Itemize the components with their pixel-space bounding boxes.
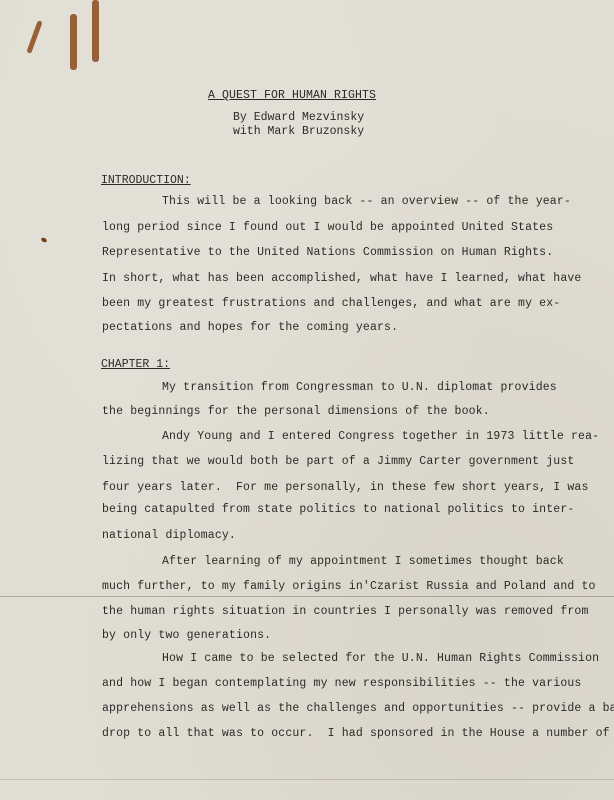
paragraph-line: been my greatest frustrations and challe… xyxy=(102,297,560,310)
byline-author: By Edward Mezvinsky xyxy=(233,111,364,124)
paragraph-line: long period since I found out I would be… xyxy=(102,221,553,234)
paragraph-line: by only two generations. xyxy=(102,629,271,642)
paragraph-line: My transition from Congressman to U.N. d… xyxy=(162,381,557,394)
section-heading-chapter-1: CHAPTER 1: xyxy=(101,358,170,371)
paper-fold-line xyxy=(0,596,614,597)
rust-stain-2 xyxy=(70,14,77,70)
paragraph-line: four years later. For me personally, in … xyxy=(102,481,589,494)
document-page: A QUEST FOR HUMAN RIGHTS By Edward Mezvi… xyxy=(0,0,614,800)
paragraph-line: national diplomacy. xyxy=(102,529,236,542)
paragraph-line: and how I began contemplating my new res… xyxy=(102,677,581,690)
paragraph-line: In short, what has been accomplished, wh… xyxy=(102,272,581,285)
paragraph-line: the human rights situation in countries … xyxy=(102,605,589,618)
paragraph-line: Andy Young and I entered Congress togeth… xyxy=(162,430,599,443)
paragraph-line: Representative to the United Nations Com… xyxy=(102,246,553,259)
rust-speck xyxy=(40,237,47,243)
byline-coauthor: with Mark Bruzonsky xyxy=(233,125,364,138)
paragraph-line: drop to all that was to occur. I had spo… xyxy=(102,727,614,740)
paper-fold-line xyxy=(0,779,614,780)
paragraph-line: apprehensions as well as the challenges … xyxy=(102,702,614,715)
paragraph-line: the beginnings for the personal dimensio… xyxy=(102,405,490,418)
paragraph-line: much further, to my family origins in'Cz… xyxy=(102,580,596,593)
paragraph-line: pectations and hopes for the coming year… xyxy=(102,321,398,334)
paragraph-line: After learning of my appointment I somet… xyxy=(162,555,564,568)
section-heading-introduction: INTRODUCTION: xyxy=(101,174,191,187)
paragraph-line: lizing that we would both be part of a J… xyxy=(102,455,574,468)
paragraph-line: This will be a looking back -- an overvi… xyxy=(162,195,571,208)
document-title: A QUEST FOR HUMAN RIGHTS xyxy=(208,89,376,102)
rust-stain-3 xyxy=(92,0,99,62)
rust-stain-1 xyxy=(26,20,42,54)
paragraph-line: How I came to be selected for the U.N. H… xyxy=(162,652,599,665)
paragraph-line: being catapulted from state politics to … xyxy=(102,503,574,516)
